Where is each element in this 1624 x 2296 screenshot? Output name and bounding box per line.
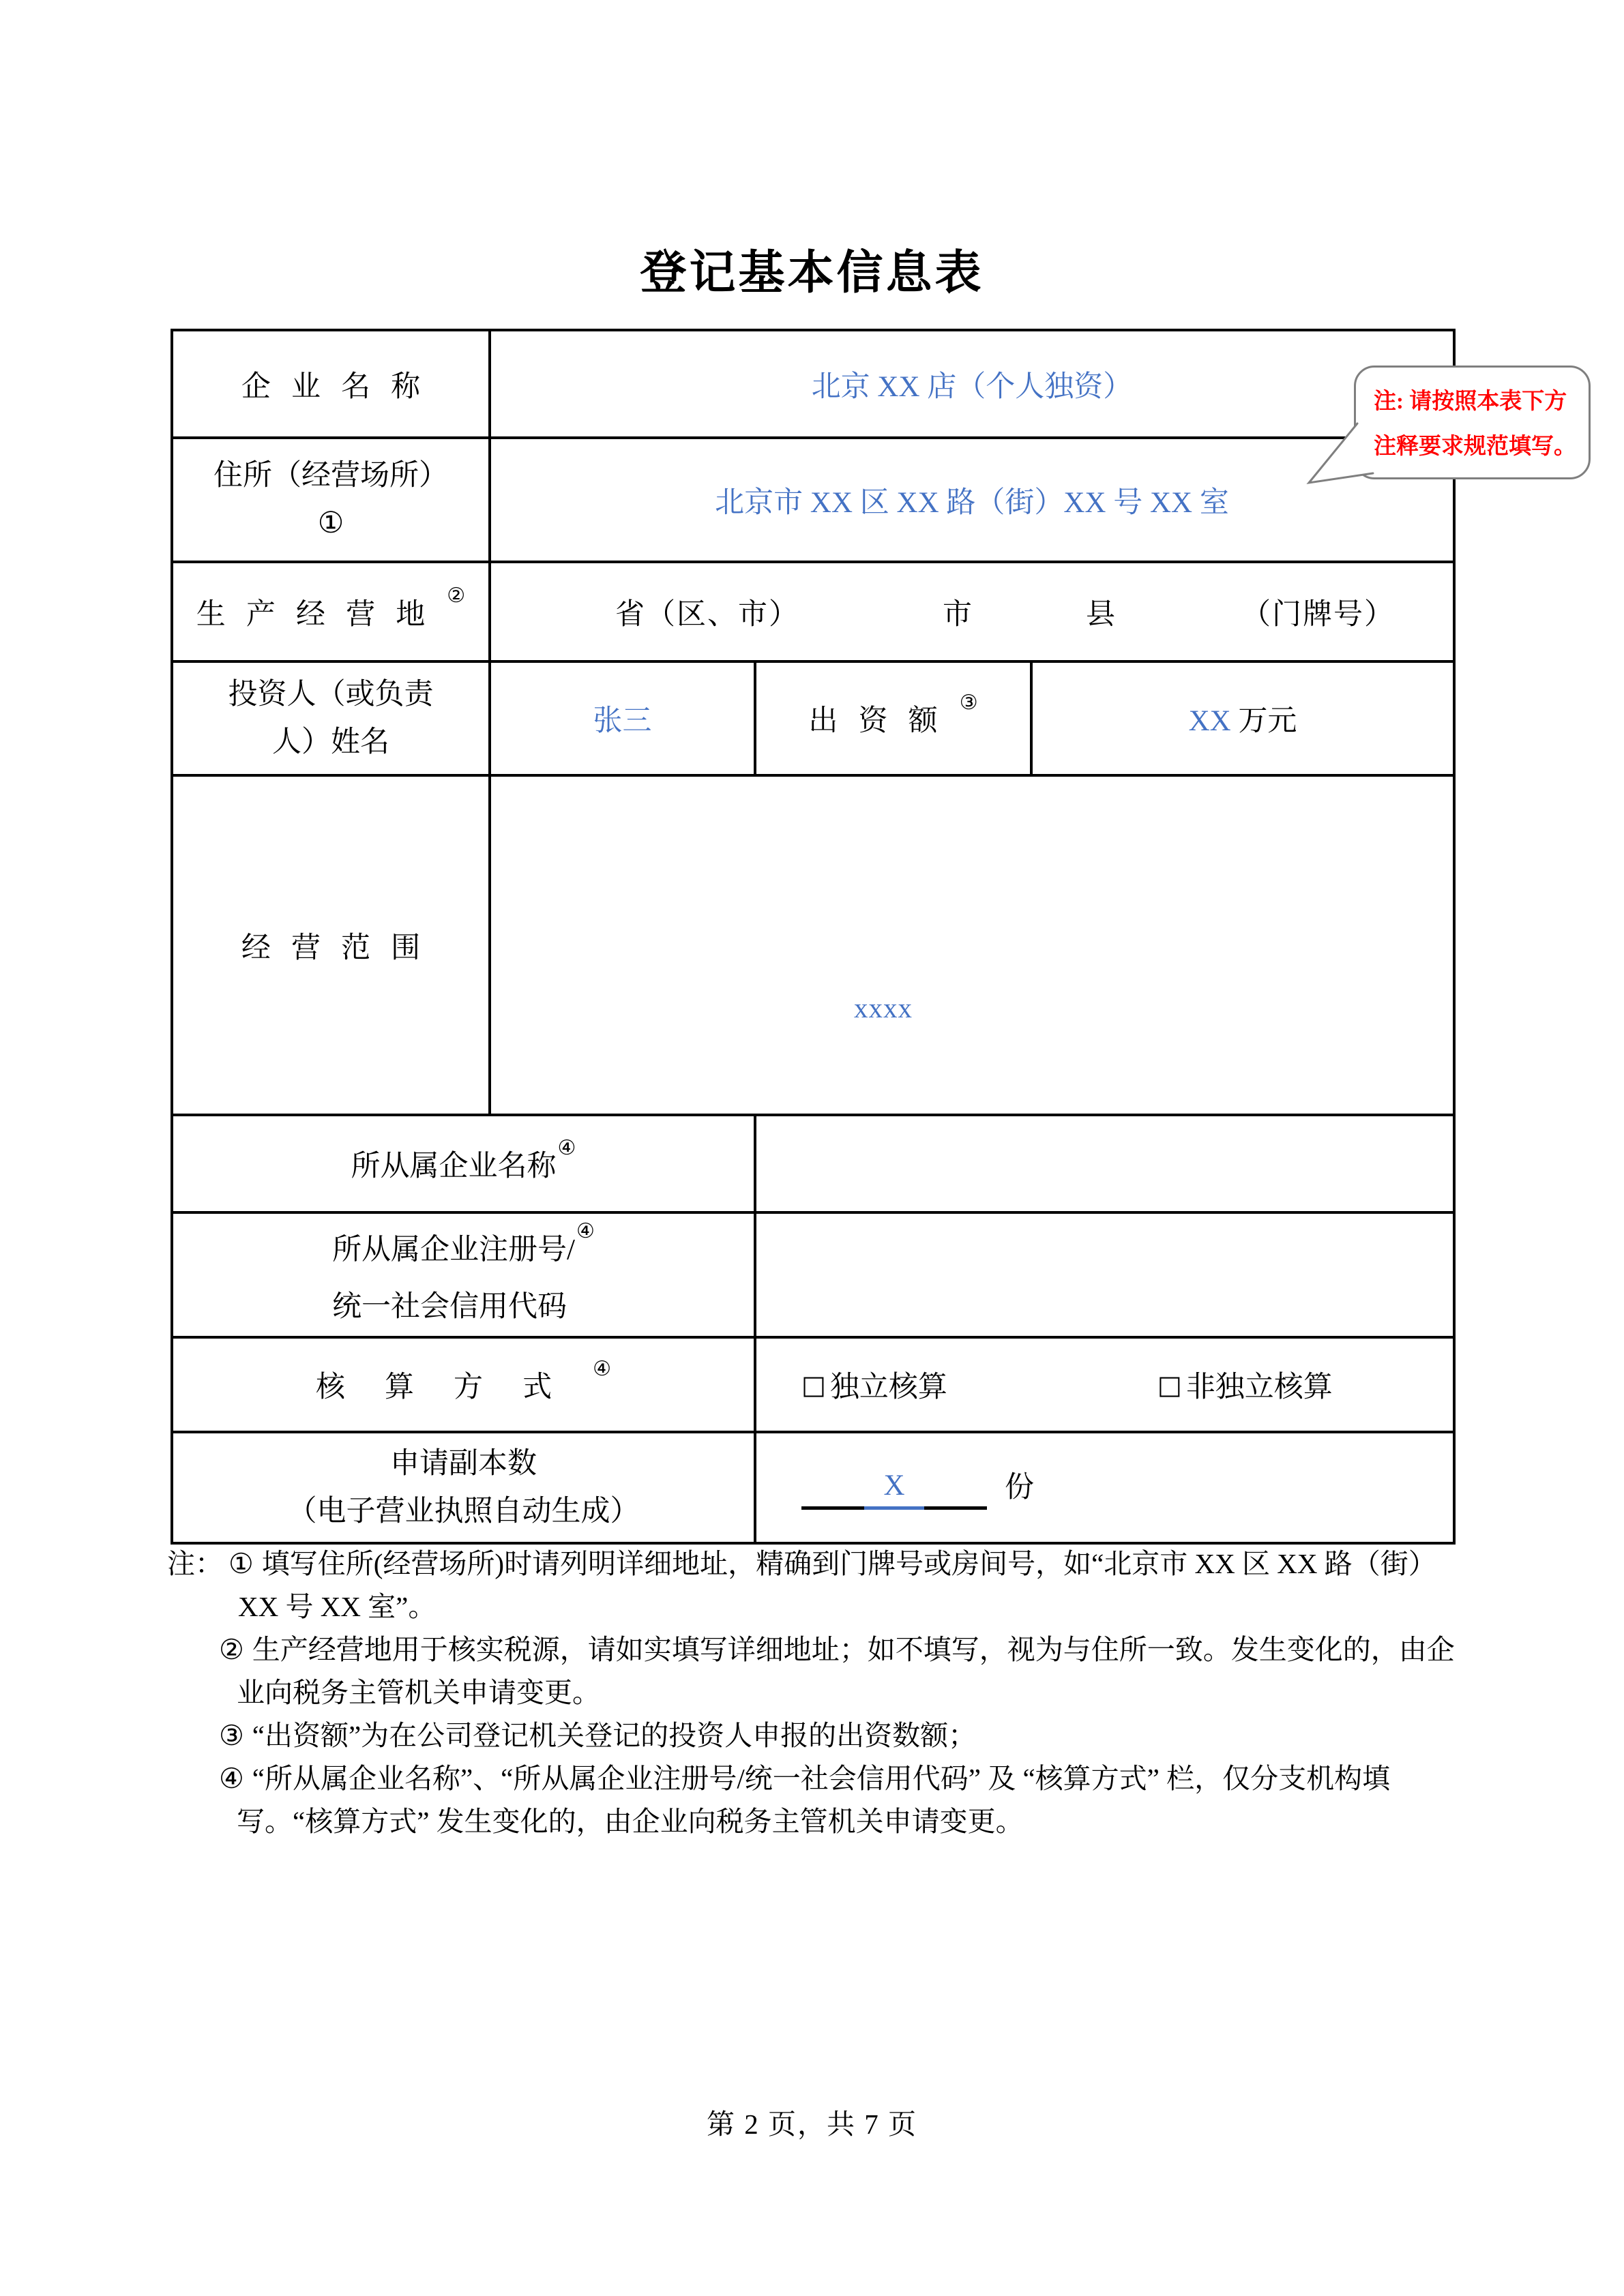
- footnotes-prefix: 注：: [167, 1548, 223, 1579]
- callout-line1: 注: 请按照本表下方: [1374, 379, 1589, 424]
- registration-form-table: 企业名称 北京 XX 店（个人独资） 住所（经营场所） ① 北京市 XX 区 X…: [171, 329, 1456, 1545]
- parent-regno-label: 所从属企业注册号/④ 统一社会信用代码: [172, 1212, 755, 1337]
- parent-regno-label-line1: 所从属企业注册号/: [332, 1234, 575, 1266]
- parent-regno-value-empty: [755, 1212, 1454, 1337]
- address-label: 住所（经营场所） ①: [172, 438, 490, 562]
- parent-name-label-text: 所从属企业名称: [351, 1150, 557, 1182]
- city-placeholder: 市: [943, 591, 973, 633]
- row-address: 住所（经营场所） ① 北京市 XX 区 XX 路（街）XX 号 XX 室: [172, 438, 1454, 562]
- footnote-2: ②生产经营地用于核实税源，请如实填写详细地址；如不填写，视为与住所一致。发生变化…: [219, 1628, 1470, 1714]
- capital-unit: 万元: [1238, 705, 1297, 737]
- option-non-independent-label: 非独立核算: [1186, 1364, 1333, 1405]
- company-name-label: 企业名称: [172, 330, 490, 438]
- parent-regno-label-line2: 统一社会信用代码: [332, 1291, 567, 1323]
- parent-regno-label-block: 所从属企业注册号/④ 统一社会信用代码: [332, 1214, 595, 1336]
- page-number: 第 2 页，共 7 页: [0, 2102, 1624, 2142]
- copies-value-cell: X 份: [755, 1432, 1454, 1543]
- row-business-scope: 经营范围 xxxx: [172, 775, 1454, 1115]
- footnote-4: ④“所从属企业名称”、“所从属企业注册号/统一社会信用代码” 及 “核算方式” …: [219, 1757, 1470, 1843]
- row-accounting: 核算方式④ □独立核算 □非独立核算: [172, 1337, 1454, 1432]
- row-investor: 投资人（或负责 人）姓名 张三 出资额③ XX 万元: [172, 661, 1454, 775]
- investor-label: 投资人（或负责 人）姓名: [172, 661, 490, 775]
- production-site-label-text: 生产经营地: [196, 599, 446, 631]
- row-production-site: 生产经营地② 省（区、市） 市 县 （门牌号）: [172, 562, 1454, 661]
- capital-label: 出资额③: [755, 661, 1031, 775]
- address-footnote-ref: ①: [173, 500, 488, 548]
- copies-label: 申请副本数 （电子营业执照自动生成）: [172, 1432, 755, 1543]
- row-copies: 申请副本数 （电子营业执照自动生成） X 份: [172, 1432, 1454, 1543]
- copies-label-line2: （电子营业执照自动生成）: [173, 1488, 754, 1536]
- annotation-callout: 注: 请按照本表下方 注释要求规范填写。: [1354, 366, 1591, 479]
- footnote-4-text: “所从属企业名称”、“所从属企业注册号/统一社会信用代码” 及 “核算方式” 栏…: [237, 1763, 1390, 1837]
- capital-label-text: 出资额: [808, 705, 958, 737]
- footnote-3: ③“出资额”为在公司登记机关登记的投资人申报的出资数额；: [219, 1714, 1470, 1757]
- callout-line2: 注释要求规范填写。: [1374, 424, 1589, 469]
- document-page: 登记基本信息表 企业名称 北京 XX 店（个人独资） 住所（经营场所） ① 北京…: [0, 0, 1624, 2296]
- footnote-ref-4c: ④: [593, 1358, 611, 1380]
- option-non-independent-accounting: □非独立核算: [1157, 1364, 1333, 1405]
- footnote-1-marker: ①: [228, 1548, 254, 1579]
- form-title: 登记基本信息表: [0, 248, 1624, 299]
- business-scope-value-cell: xxxx: [490, 775, 1454, 1115]
- address-label-line1: 住所（经营场所）: [173, 452, 488, 500]
- footnote-1: 注：①填写住所(经营场所)时请列明详细地址，精确到门牌号或房间号，如“北京市 X…: [167, 1542, 1470, 1628]
- copies-label-line1: 申请副本数: [173, 1440, 754, 1488]
- production-site-value: 省（区、市） 市 县 （门牌号）: [490, 562, 1454, 661]
- parent-name-label: 所从属企业名称④: [172, 1115, 755, 1212]
- row-company-name: 企业名称 北京 XX 店（个人独资）: [172, 330, 1454, 438]
- street-number-placeholder: （门牌号）: [1241, 591, 1395, 633]
- copies-unit: 份: [1005, 1466, 1034, 1510]
- checkbox-icon: □: [1157, 1372, 1182, 1398]
- footnote-3-text: “出资额”为在公司登记机关登记的投资人申报的出资数额；: [252, 1720, 976, 1751]
- footnote-1-text: 填写住所(经营场所)时请列明详细地址，精确到门牌号或房间号，如“北京市 XX 区…: [238, 1548, 1436, 1622]
- footnote-ref-3: ③: [960, 691, 978, 714]
- option-independent-label: 独立核算: [830, 1364, 947, 1405]
- footnote-ref-4b: ④: [576, 1220, 595, 1242]
- accounting-label: 核算方式④: [172, 1337, 755, 1432]
- accounting-options-cell: □独立核算 □非独立核算: [755, 1337, 1454, 1432]
- option-independent-accounting: □独立核算: [801, 1364, 947, 1405]
- parent-name-value-empty: [755, 1115, 1454, 1212]
- copies-count: X: [864, 1465, 924, 1510]
- footnote-ref-4a: ④: [558, 1137, 576, 1159]
- county-placeholder: 县: [1086, 591, 1117, 633]
- investor-label-line2: 人）姓名: [173, 719, 488, 766]
- callout-tail-icon: [1298, 406, 1387, 495]
- accounting-label-text: 核算方式: [316, 1371, 591, 1403]
- business-scope-value: xxxx: [854, 992, 913, 1024]
- business-scope-label: 经营范围: [172, 775, 490, 1115]
- production-site-placeholders: 省（区、市） 市 县 （门牌号）: [491, 591, 1453, 633]
- province-placeholder: 省（区、市）: [615, 591, 799, 633]
- accounting-options: □独立核算 □非独立核算: [756, 1364, 1453, 1405]
- footnote-2-marker: ②: [219, 1634, 244, 1665]
- footnotes: 注：①填写住所(经营场所)时请列明详细地址，精确到门牌号或房间号，如“北京市 X…: [167, 1542, 1470, 1843]
- investor-label-line1: 投资人（或负责: [173, 671, 488, 719]
- copies-value: X 份: [756, 1465, 1453, 1510]
- footnote-4-marker: ④: [219, 1763, 244, 1794]
- row-parent-name: 所从属企业名称④: [172, 1115, 1454, 1212]
- row-parent-regno: 所从属企业注册号/④ 统一社会信用代码: [172, 1212, 1454, 1337]
- footnote-ref-2: ②: [447, 584, 465, 607]
- copies-underline: X: [801, 1465, 987, 1510]
- footnote-2-text: 生产经营地用于核实税源，请如实填写详细地址；如不填写，视为与住所一致。发生变化的…: [237, 1634, 1455, 1708]
- checkbox-icon: □: [801, 1372, 826, 1398]
- footnote-3-marker: ③: [219, 1720, 244, 1751]
- capital-value: XX 万元: [1031, 661, 1454, 775]
- capital-amount: XX: [1189, 705, 1231, 737]
- production-site-label: 生产经营地②: [172, 562, 490, 661]
- investor-name-value: 张三: [490, 661, 755, 775]
